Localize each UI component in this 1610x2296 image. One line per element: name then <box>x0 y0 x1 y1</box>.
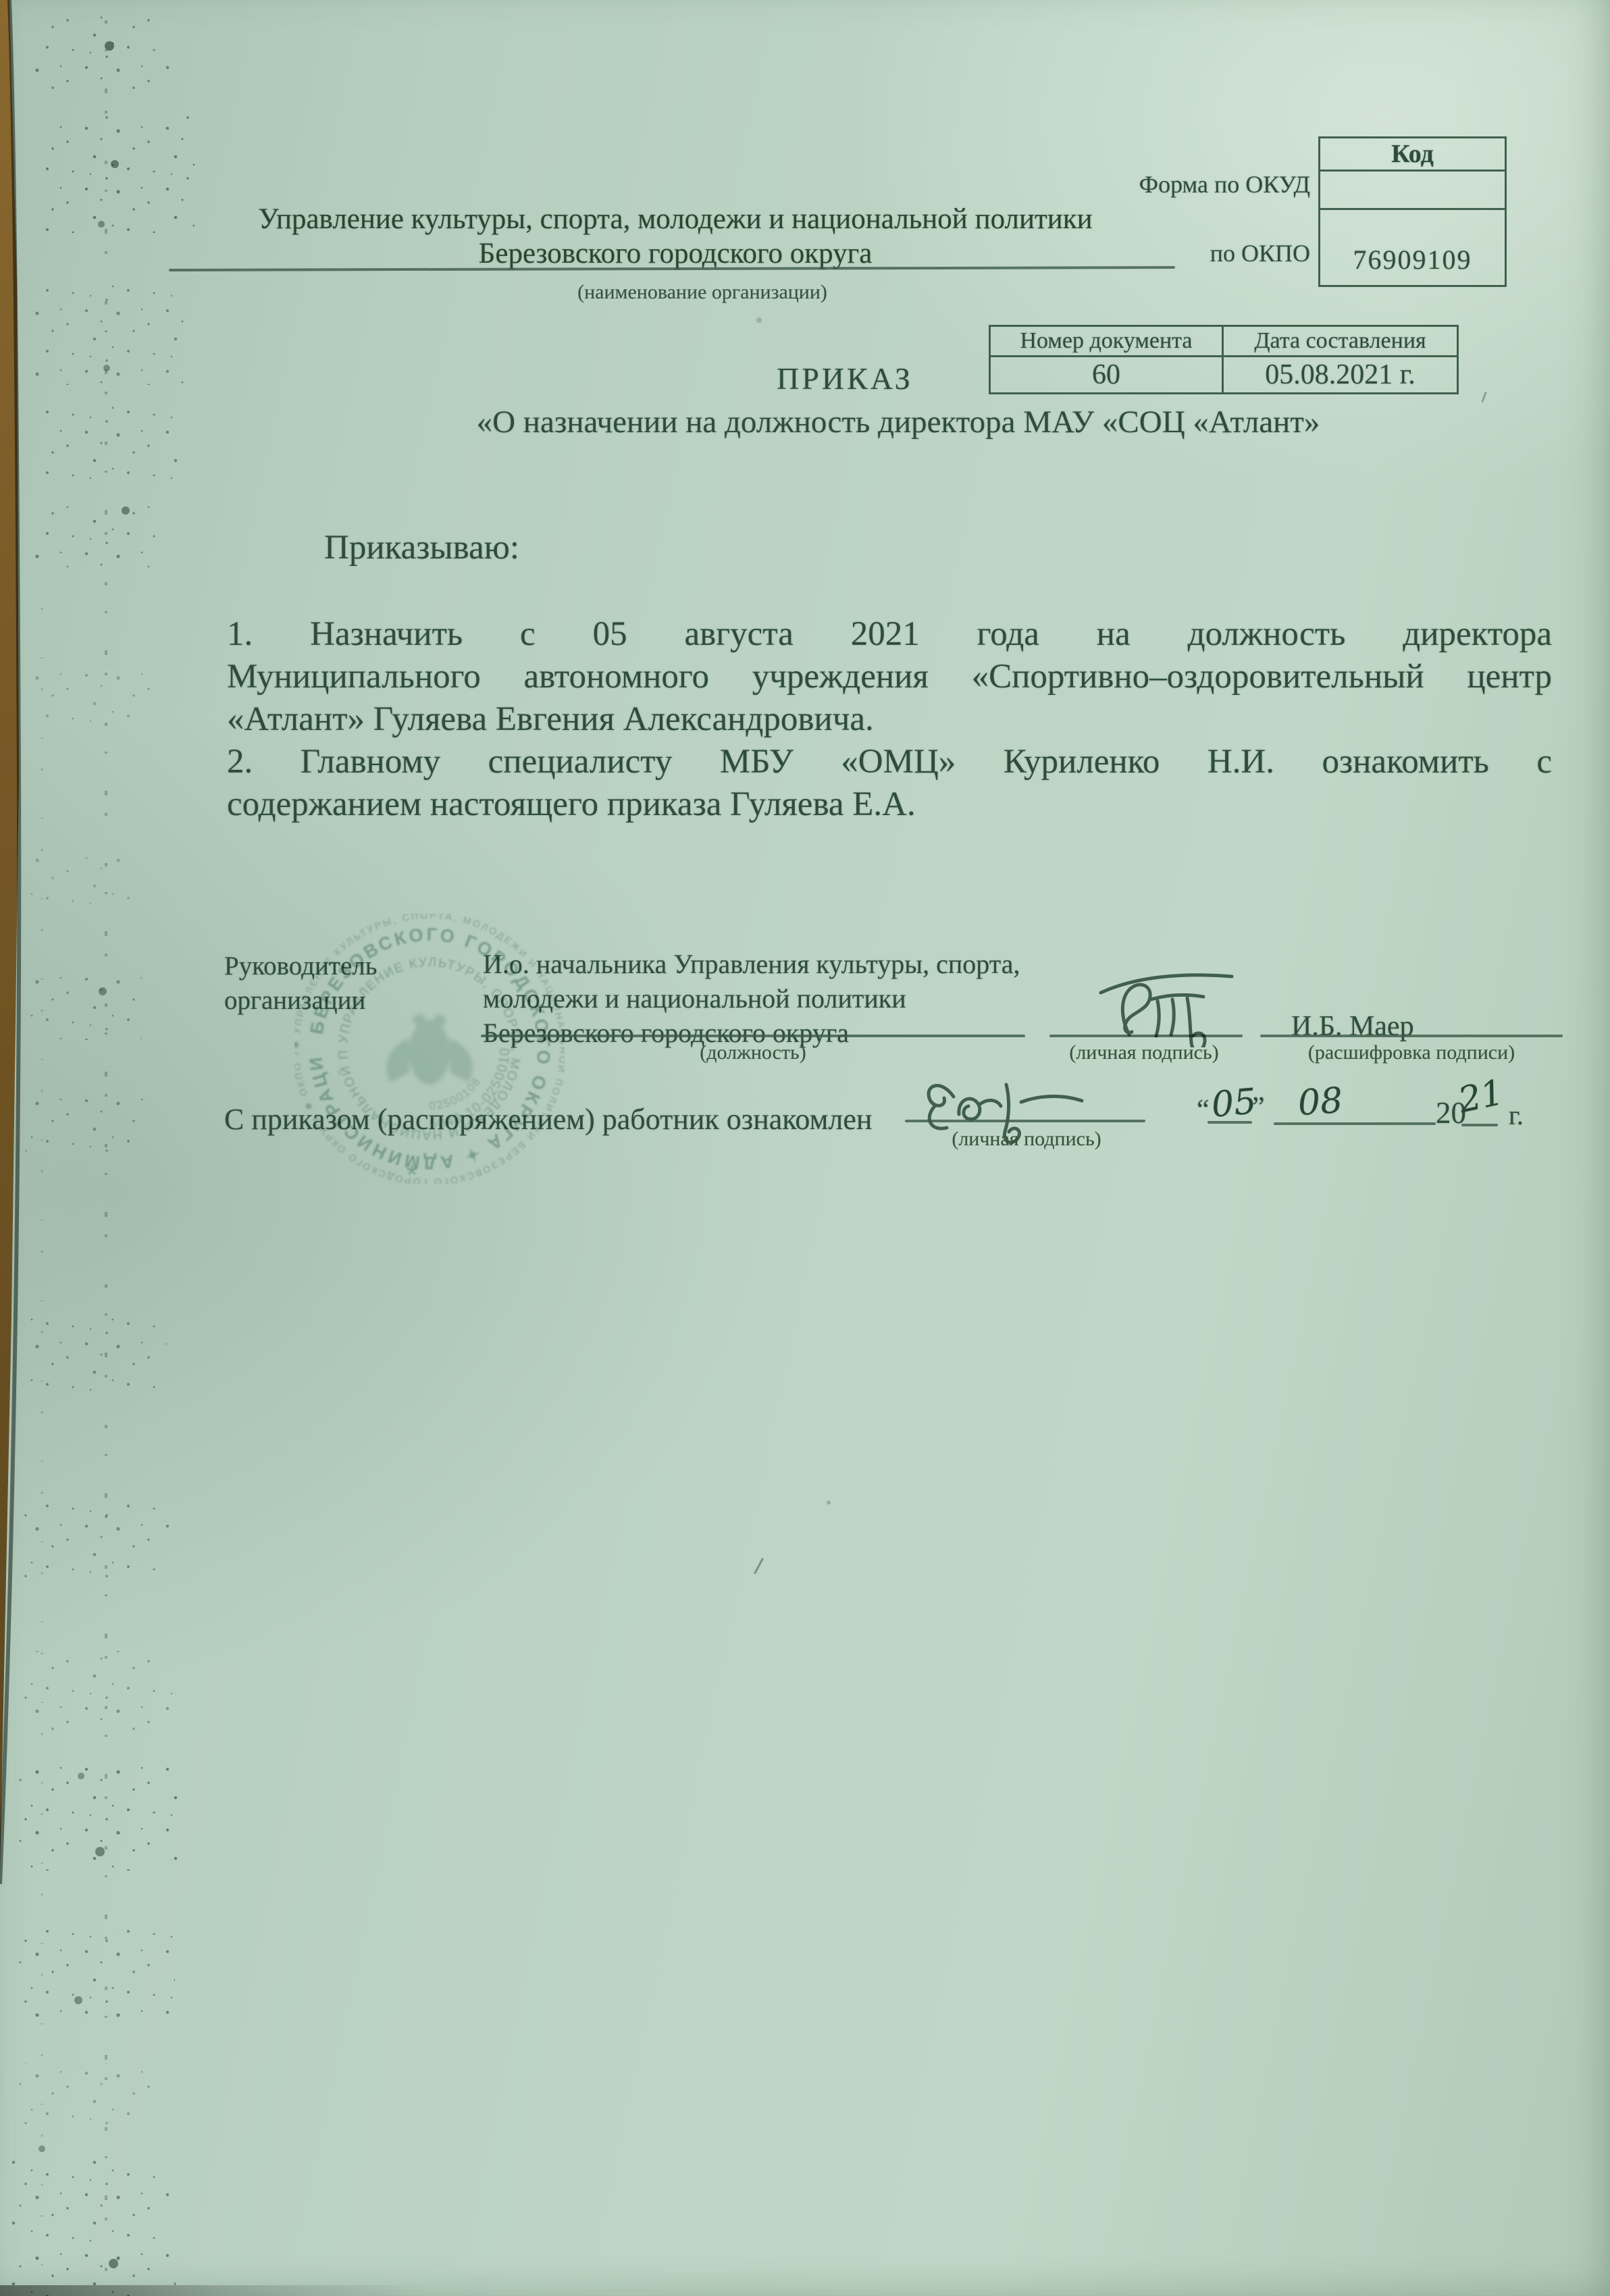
bottom-scan-edge <box>0 2285 608 2296</box>
smudge-clusters <box>10 15 196 2296</box>
paper-edge-shadow <box>0 0 19 1884</box>
binding-smudge-layer <box>0 0 1610 2296</box>
scanned-document-photo: Код 76909109 Форма по ОКУД по ОКПО Управ… <box>0 0 1610 2296</box>
